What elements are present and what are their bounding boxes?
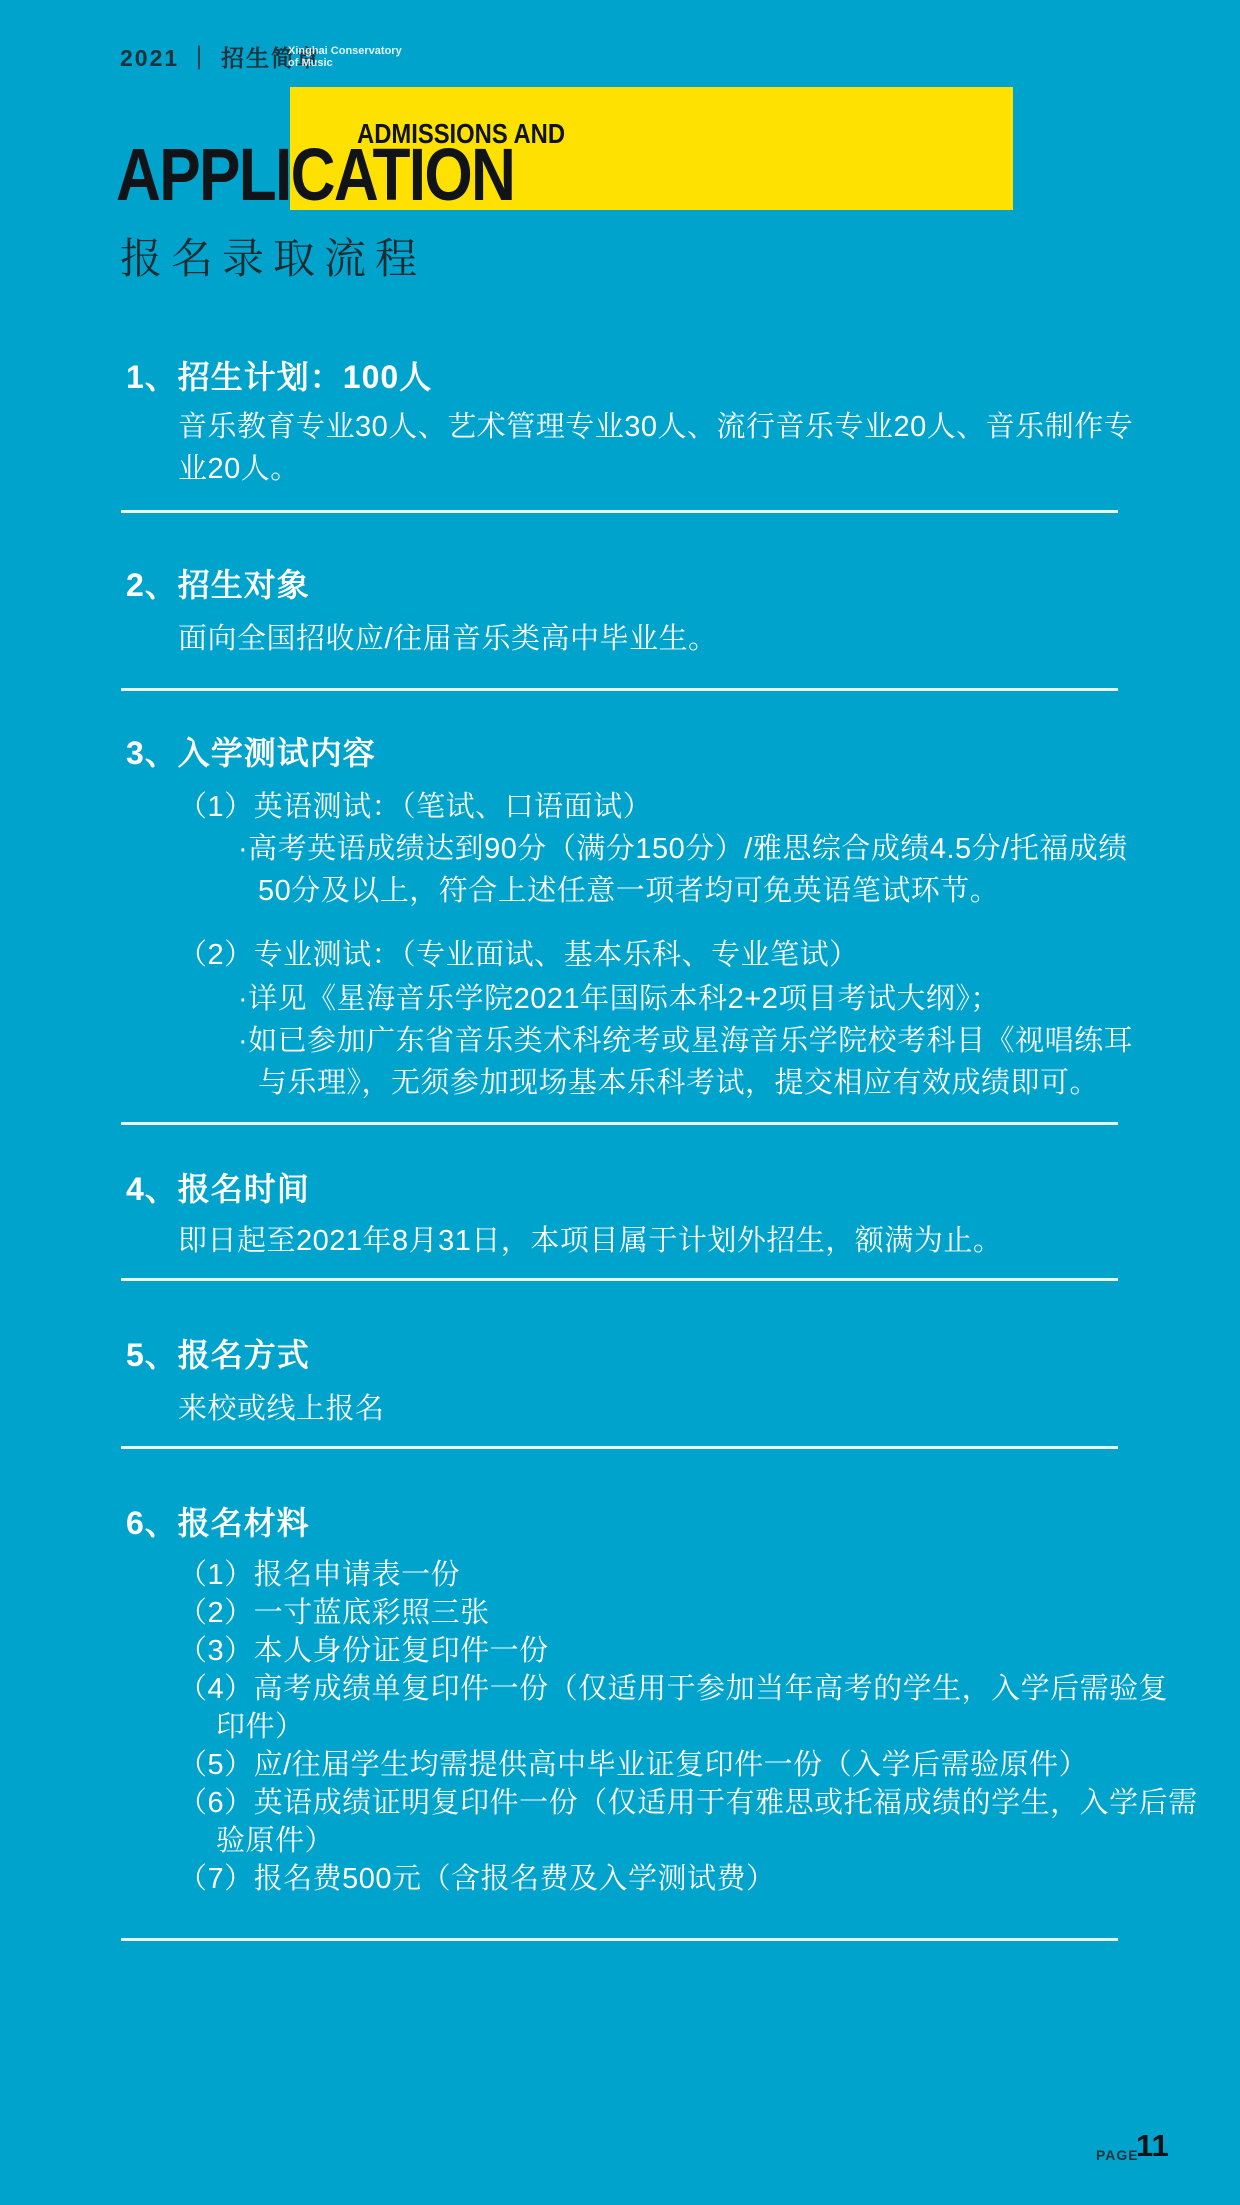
section-3-heading: 3、入学测试内容	[126, 728, 376, 774]
section-6-line: （7）报名费500元（含报名费及入学测试费）	[178, 1856, 776, 1897]
section-5-heading: 5、报名方式	[126, 1330, 310, 1376]
section-6-line: （1）报名申请表一份	[178, 1552, 460, 1593]
section-3-line: 与乐理》，无须参加现场基本乐科考试，提交相应有效成绩即可。	[258, 1060, 1099, 1101]
section-divider	[121, 1938, 1118, 1941]
section-6-line: 验原件）	[216, 1818, 334, 1859]
section-1-heading: 1、招生计划：100人	[126, 352, 432, 398]
brochure-page: 2021 ｜ 招生简章 Xinghai Conservatory of Musi…	[0, 0, 1240, 2205]
section-1-line: 业20人。	[178, 446, 300, 487]
section-divider	[121, 1446, 1118, 1449]
section-6-line: （5）应/往届学生均需提供高中毕业证复印件一份（入学后需验原件）	[178, 1742, 1088, 1783]
section-3-line: ·高考英语成绩达到90分（满分150分）/雅思综合成绩4.5分/托福成绩	[238, 826, 1128, 867]
section-1-line: 音乐教育专业30人、艺术管理专业30人、流行音乐专业20人、音乐制作专	[178, 404, 1133, 445]
section-3-line: （1）英语测试：（笔试、口语面试）	[178, 784, 652, 825]
section-6-line: （6）英语成绩证明复印件一份（仅适用于有雅思或托福成绩的学生，入学后需	[178, 1780, 1198, 1821]
application-title: APPLICATION	[116, 142, 514, 208]
section-5-line: 来校或线上报名	[178, 1386, 385, 1427]
section-divider	[121, 688, 1118, 691]
section-3-line: ·如已参加广东省音乐类术科统考或星海音乐学院校考科目《视唱练耳	[238, 1018, 1133, 1059]
section-6-line: （4）高考成绩单复印件一份（仅适用于参加当年高考的学生，入学后需验复	[178, 1666, 1168, 1707]
section-4-line: 即日起至2021年8月31日，本项目属于计划外招生，额满为止。	[178, 1218, 1002, 1259]
footer-page-label: PAGE	[1096, 2147, 1139, 2163]
section-4-heading: 4、报名时间	[126, 1164, 310, 1210]
section-divider	[121, 510, 1118, 513]
footer-page-number: 11	[1136, 2128, 1169, 2164]
section-divider	[121, 1122, 1118, 1125]
section-6-heading: 6、报名材料	[126, 1498, 310, 1544]
section-6-line: （2）一寸蓝底彩照三张	[178, 1590, 490, 1631]
section-3-line: 50分及以上，符合上述任意一项者均可免英语笔试环节。	[258, 868, 999, 909]
section-6-line: （3）本人身份证复印件一份	[178, 1628, 549, 1669]
section-2-heading: 2、招生对象	[126, 560, 310, 606]
section-2-line: 面向全国招收应/往届音乐类高中毕业生。	[178, 616, 718, 657]
page-subtitle-cn: 报名录取流程	[120, 226, 426, 286]
section-3-line: （2）专业测试：（专业面试、基本乐科、专业笔试）	[178, 932, 859, 973]
header-org-name: Xinghai Conservatory of Music	[288, 45, 402, 69]
section-divider	[121, 1278, 1118, 1281]
section-6-line: 印件）	[216, 1704, 305, 1745]
section-3-line: ·详见《星海音乐学院2021年国际本科2+2项目考试大纲》；	[238, 976, 1000, 1017]
